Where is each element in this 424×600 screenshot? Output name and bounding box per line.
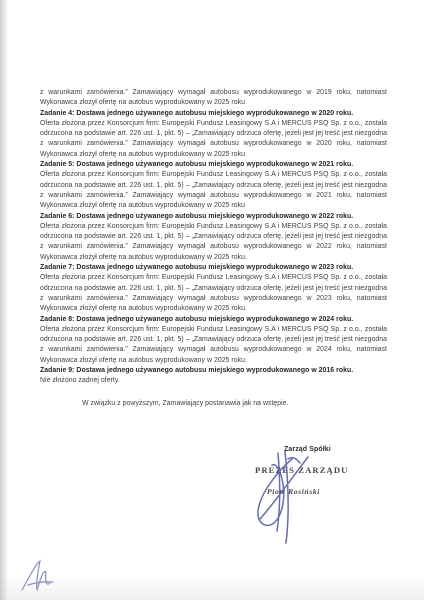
section-body-zadanie-9: Nie złożono żadnej oferty. bbox=[40, 376, 387, 386]
intro-paragraph: z warunkami zamówienia.” Zamawiający wym… bbox=[40, 88, 387, 109]
section-body-zadanie-4: Oferta złożona przez Konsorcjum firm: Eu… bbox=[40, 119, 387, 160]
section-heading-zadanie-6: Zadanie 6: Dostawa jednego używanego aut… bbox=[40, 212, 387, 222]
section-body-zadanie-6: Oferta złożona przez Konsorcjum firm: Eu… bbox=[40, 222, 387, 263]
section-heading-zadanie-5: Zadanie 5: Dostawa jednego używanego aut… bbox=[40, 160, 387, 170]
scanned-document-page: z warunkami zamówienia.” Zamawiający wym… bbox=[0, 0, 424, 600]
section-body-zadanie-5: Oferta złożona przez Konsorcjum firm: Eu… bbox=[40, 170, 387, 211]
section-body-zadanie-7: Oferta złożona przez Konsorcjum firm: Eu… bbox=[40, 273, 387, 314]
section-heading-zadanie-7: Zadanie 7: Dostawa jednego używanego aut… bbox=[40, 263, 387, 273]
initials-paraph-icon bbox=[16, 554, 64, 598]
section-heading-zadanie-8: Zadanie 8: Dostawa jednego używanego aut… bbox=[40, 315, 387, 325]
document-text: z warunkami zamówienia.” Zamawiający wym… bbox=[40, 88, 387, 409]
handwritten-signature-icon bbox=[250, 449, 322, 551]
section-heading-zadanie-9: Zadanie 9: Dostawa jednego używanego aut… bbox=[40, 366, 387, 376]
section-body-zadanie-8: Oferta złożona przez Konsorcjum firm: Eu… bbox=[40, 325, 387, 366]
section-heading-zadanie-4: Zadanie 4: Dostawa jednego używanego aut… bbox=[40, 109, 387, 119]
closing-paragraph: W związku z powyższym, Zamawiający posta… bbox=[40, 399, 387, 409]
